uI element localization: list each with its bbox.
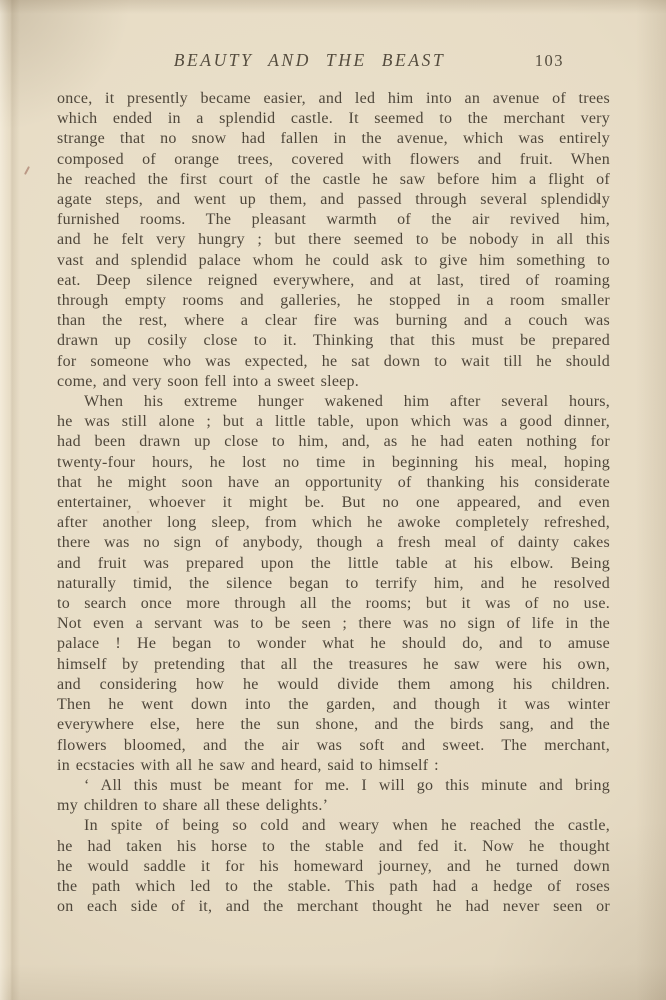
text-line: and fruit was prepared upon the little t… bbox=[57, 554, 610, 574]
text-line: flowers bloomed, and the air was soft an… bbox=[57, 736, 610, 756]
body-text: once, it presently became easier, and le… bbox=[57, 89, 610, 917]
text-line: himself by pretending that all the treas… bbox=[57, 655, 610, 675]
text-line: composed of orange trees, covered with f… bbox=[57, 150, 610, 170]
text-line: eat. Deep silence reigned everywhere, an… bbox=[57, 271, 610, 291]
text-line: come, and very soon fell into a sweet sl… bbox=[57, 372, 610, 392]
running-head: BEAUTY AND THE BEAST 103 bbox=[57, 50, 610, 74]
text-line: after another long sleep, from which he … bbox=[57, 513, 610, 533]
page-number: 103 bbox=[535, 51, 564, 71]
text-line: strange that no snow had fallen in the a… bbox=[57, 129, 610, 149]
text-line: furnished rooms. The pleasant warmth of … bbox=[57, 210, 610, 230]
text-line: In spite of being so cold and weary when… bbox=[57, 816, 610, 836]
text-line: than the rest, where a clear fire was bu… bbox=[57, 311, 610, 331]
text-line: entertainer, whoever it might be. But no… bbox=[57, 493, 610, 513]
text-line: naturally timid, the silence began to te… bbox=[57, 574, 610, 594]
text-line: that he might soon have an opportunity o… bbox=[57, 473, 610, 493]
text-line: Not even a servant was to be seen ; ther… bbox=[57, 614, 610, 634]
text-line: the path which led to the stable. This p… bbox=[57, 877, 610, 897]
text-line: my children to share all these delights.… bbox=[57, 796, 610, 816]
text-line: had been drawn up close to him, and, as … bbox=[57, 432, 610, 452]
text-line: he was still alone ; but a little table,… bbox=[57, 412, 610, 432]
text-line: he reached the first court of the castle… bbox=[57, 170, 610, 190]
text-line: twenty-four hours, he lost no time in be… bbox=[57, 453, 610, 473]
text-line: to search once more through all the room… bbox=[57, 594, 610, 614]
text-line: Then he went down into the garden, and t… bbox=[57, 695, 610, 715]
book-page: BEAUTY AND THE BEAST 103 once, it presen… bbox=[0, 0, 666, 1000]
running-title: BEAUTY AND THE BEAST bbox=[33, 50, 586, 71]
text-line: he would saddle it for his homeward jour… bbox=[57, 857, 610, 877]
text-line: which ended in a splendid castle. It see… bbox=[57, 109, 610, 129]
text-line: and considering how he would divide them… bbox=[57, 675, 610, 695]
text-line: he had taken his horse to the stable and… bbox=[57, 837, 610, 857]
text-line: agate steps, and went up them, and passe… bbox=[57, 190, 610, 210]
text-line: once, it presently became easier, and le… bbox=[57, 89, 610, 109]
text-line: and he felt very hungry ; but there seem… bbox=[57, 230, 610, 250]
pencil-mark bbox=[24, 166, 30, 175]
text-line: in ecstacies with all he saw and heard, … bbox=[57, 756, 610, 776]
text-line: vast and splendid palace whom he could a… bbox=[57, 251, 610, 271]
text-line: drawn up cosily close to it. Thinking th… bbox=[57, 331, 610, 351]
text-line: for someone who was expected, he sat dow… bbox=[57, 352, 610, 372]
text-line: through empty rooms and galleries, he st… bbox=[57, 291, 610, 311]
text-line: palace ! He began to wonder what he shou… bbox=[57, 634, 610, 654]
text-line: on each side of it, and the merchant tho… bbox=[57, 897, 610, 917]
text-line: everywhere else, here the sun shone, and… bbox=[57, 715, 610, 735]
text-line: there was no sign of anybody, though a f… bbox=[57, 533, 610, 553]
text-line: When his extreme hunger wakened him afte… bbox=[57, 392, 610, 412]
text-line: ‘ All this must be meant for me. I will … bbox=[57, 776, 610, 796]
